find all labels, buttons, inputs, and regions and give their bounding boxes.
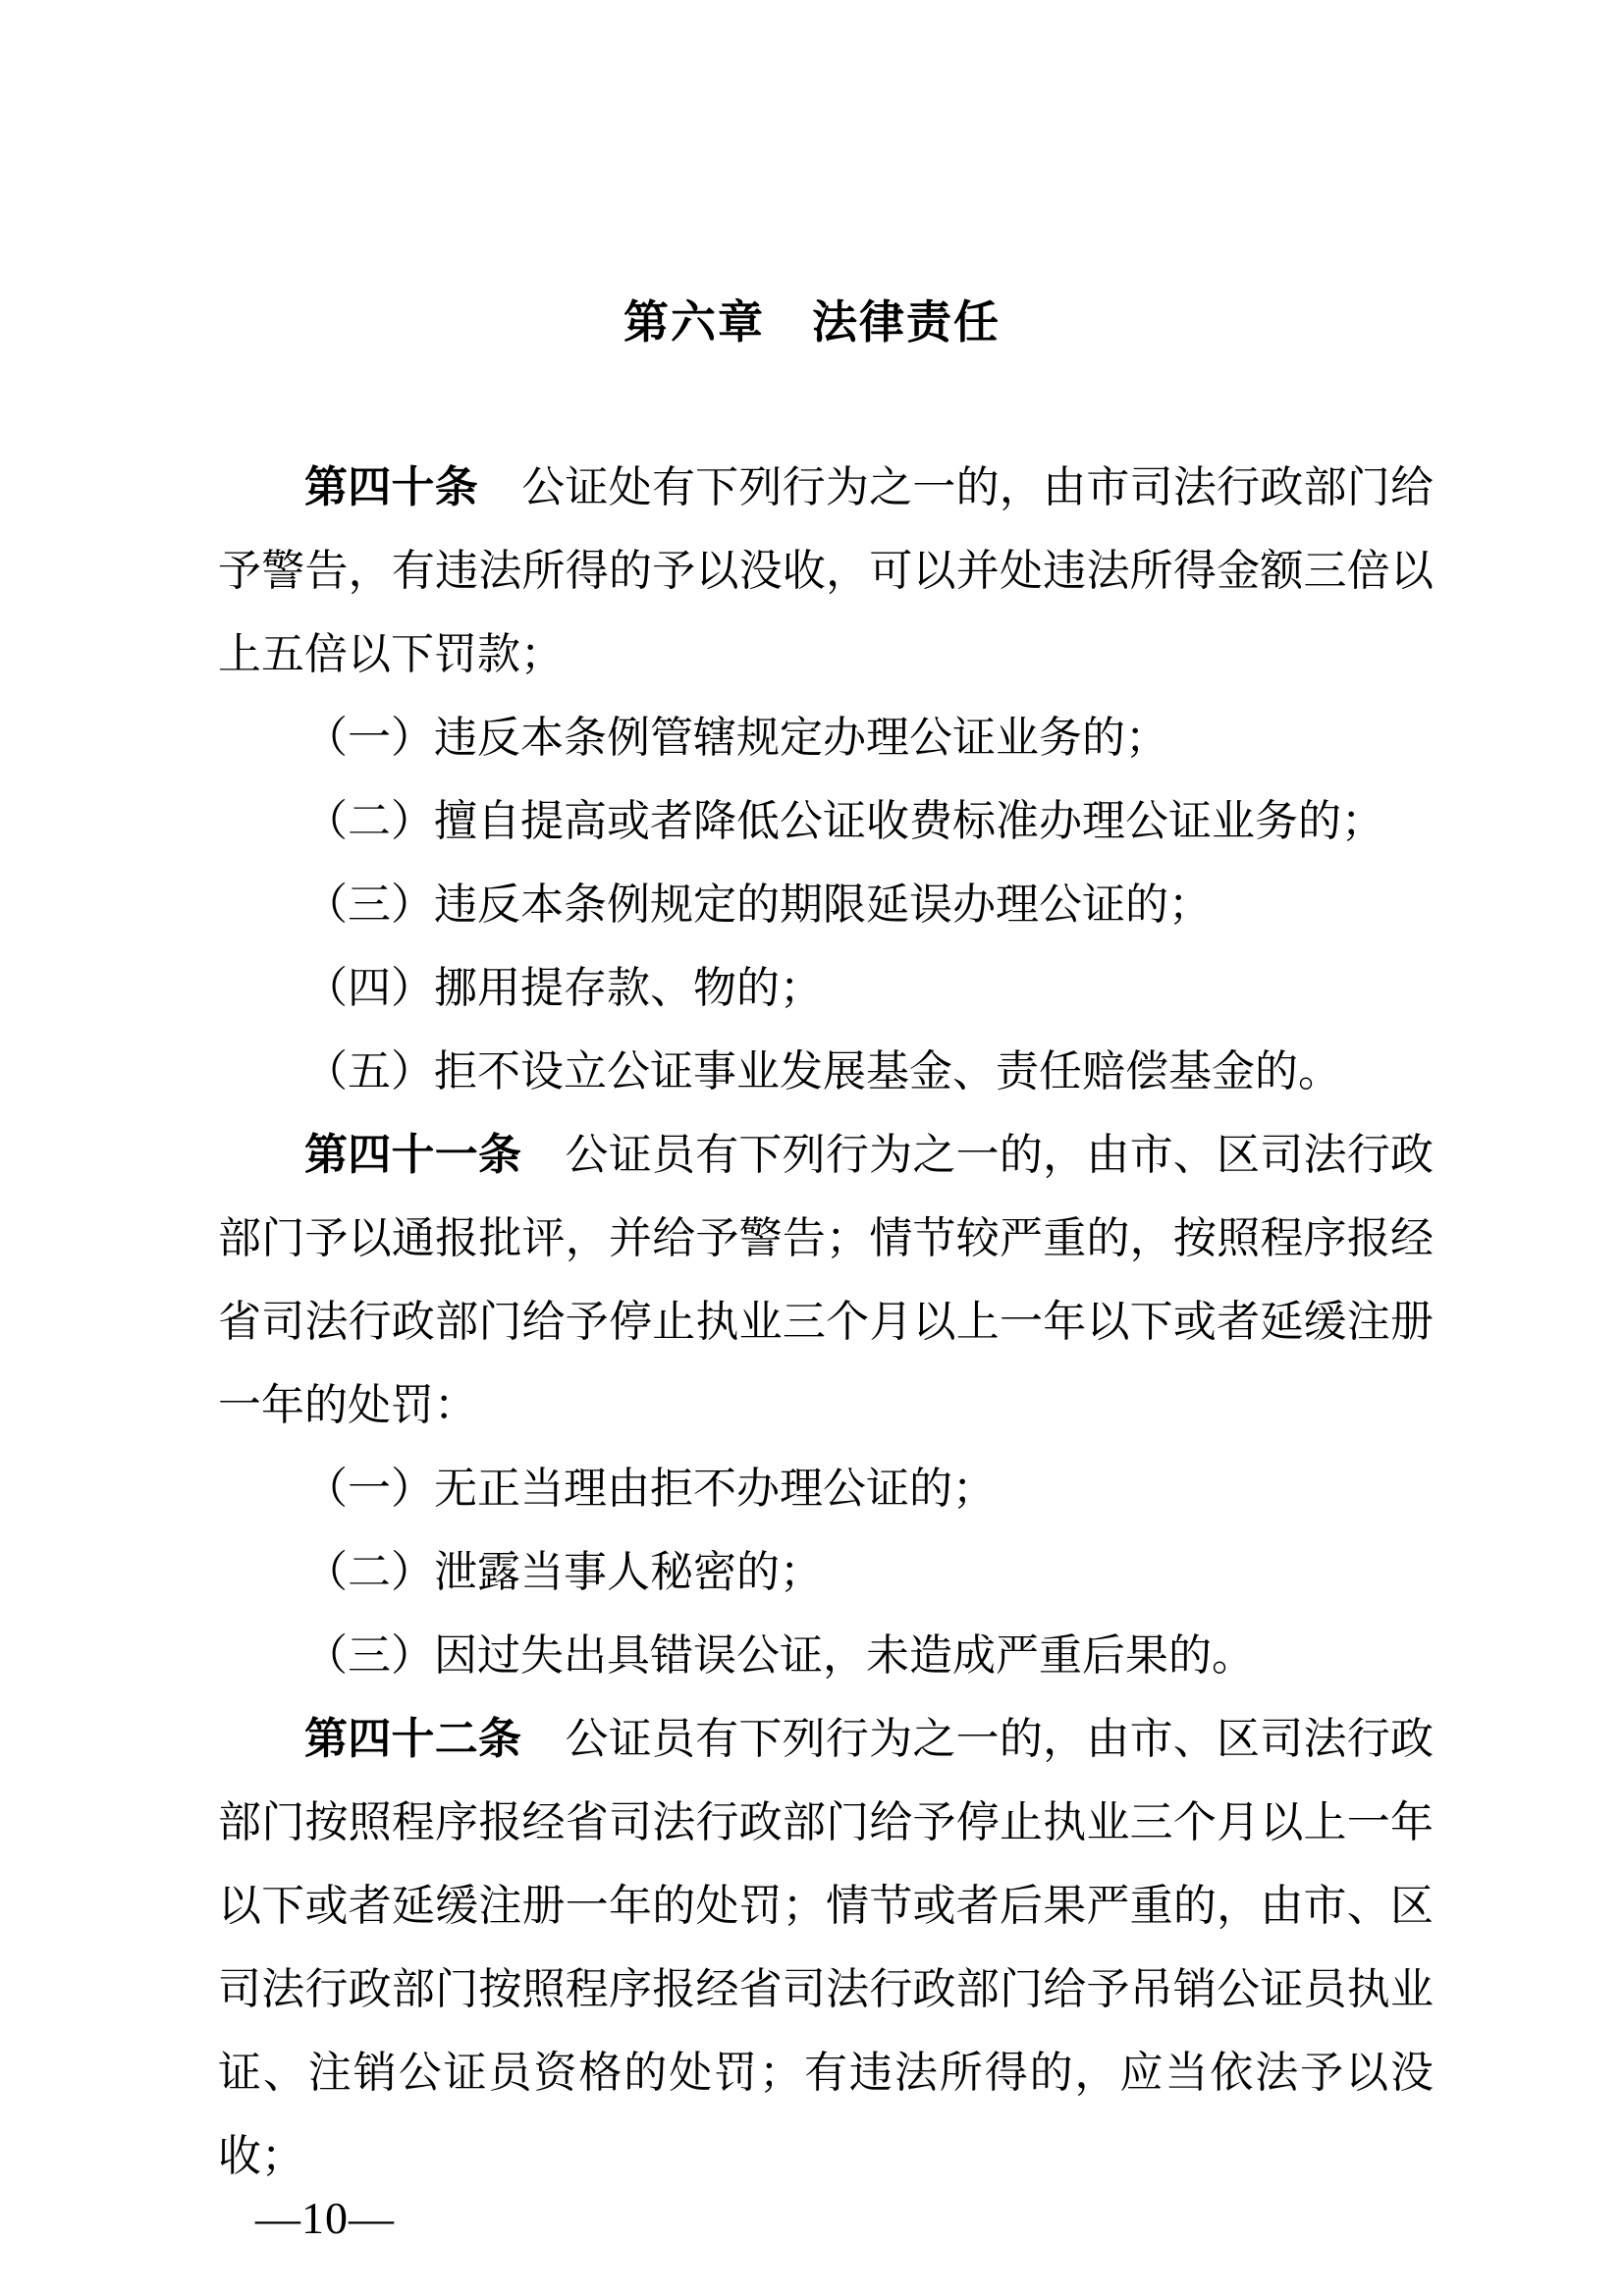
list-item: （二）泄露当事人秘密的； — [218, 1530, 1434, 1614]
paragraph-text: （三）违反本条例规定的期限延误办理公证的； — [304, 881, 1212, 929]
paragraph-text: （一）无正当理由拒不办理公证的； — [304, 1465, 996, 1513]
chapter-title: 第六章 法律责任 — [0, 294, 1624, 349]
paragraph-text: （一）违反本条例管辖规定办理公证业务的； — [304, 714, 1168, 762]
article-paragraph: 第四十一条 公证员有下列行为之一的，由市、区司法行政部门予以通报批评，并给予警告… — [218, 1113, 1434, 1447]
paragraph-text: （二）擅自提高或者降低公证收费标准办理公证业务的； — [304, 797, 1384, 845]
paragraph-text: （三）因过失出具错误公证，未造成严重后果的。 — [304, 1631, 1255, 1680]
paragraph-text: （二）泄露当事人秘密的； — [304, 1548, 823, 1596]
article-paragraph: 第四十条 公证处有下列行为之一的，由市司法行政部门给予警告，有违法所得的予以没收… — [218, 446, 1434, 696]
list-item: （一）违反本条例管辖规定办理公证业务的； — [218, 696, 1434, 779]
paragraph-text: （四）挪用提存款、物的； — [304, 964, 823, 1012]
list-item: （三）因过失出具错误公证，未造成严重后果的。 — [218, 1614, 1434, 1697]
list-item: （四）挪用提存款、物的； — [218, 946, 1434, 1030]
paragraph-text: （五）拒不设立公证事业发展基金、责任赔偿基金的。 — [304, 1047, 1341, 1095]
document-page: 第六章 法律责任 第四十条 公证处有下列行为之一的，由市司法行政部门给予警告，有… — [0, 0, 1624, 2296]
article-number: 第四十二条 — [304, 1715, 521, 1763]
article-number: 第四十条 — [304, 463, 478, 511]
document-body: 第四十条 公证处有下列行为之一的，由市司法行政部门给予警告，有违法所得的予以没收… — [218, 446, 1434, 2198]
list-item: （一）无正当理由拒不办理公证的； — [218, 1447, 1434, 1530]
article-paragraph: 第四十二条 公证员有下列行为之一的，由市、区司法行政部门按照程序报经省司法行政部… — [218, 1697, 1434, 2198]
list-item: （二）擅自提高或者降低公证收费标准办理公证业务的； — [218, 779, 1434, 863]
list-item: （三）违反本条例规定的期限延误办理公证的； — [218, 863, 1434, 946]
list-item: （五）拒不设立公证事业发展基金、责任赔偿基金的。 — [218, 1030, 1434, 1113]
article-number: 第四十一条 — [304, 1131, 521, 1179]
paragraph-text: 公证员有下列行为之一的，由市、区司法行政部门按照程序报经省司法行政部门给予停止执… — [218, 1715, 1434, 2180]
page-number: —10— — [255, 2195, 395, 2242]
